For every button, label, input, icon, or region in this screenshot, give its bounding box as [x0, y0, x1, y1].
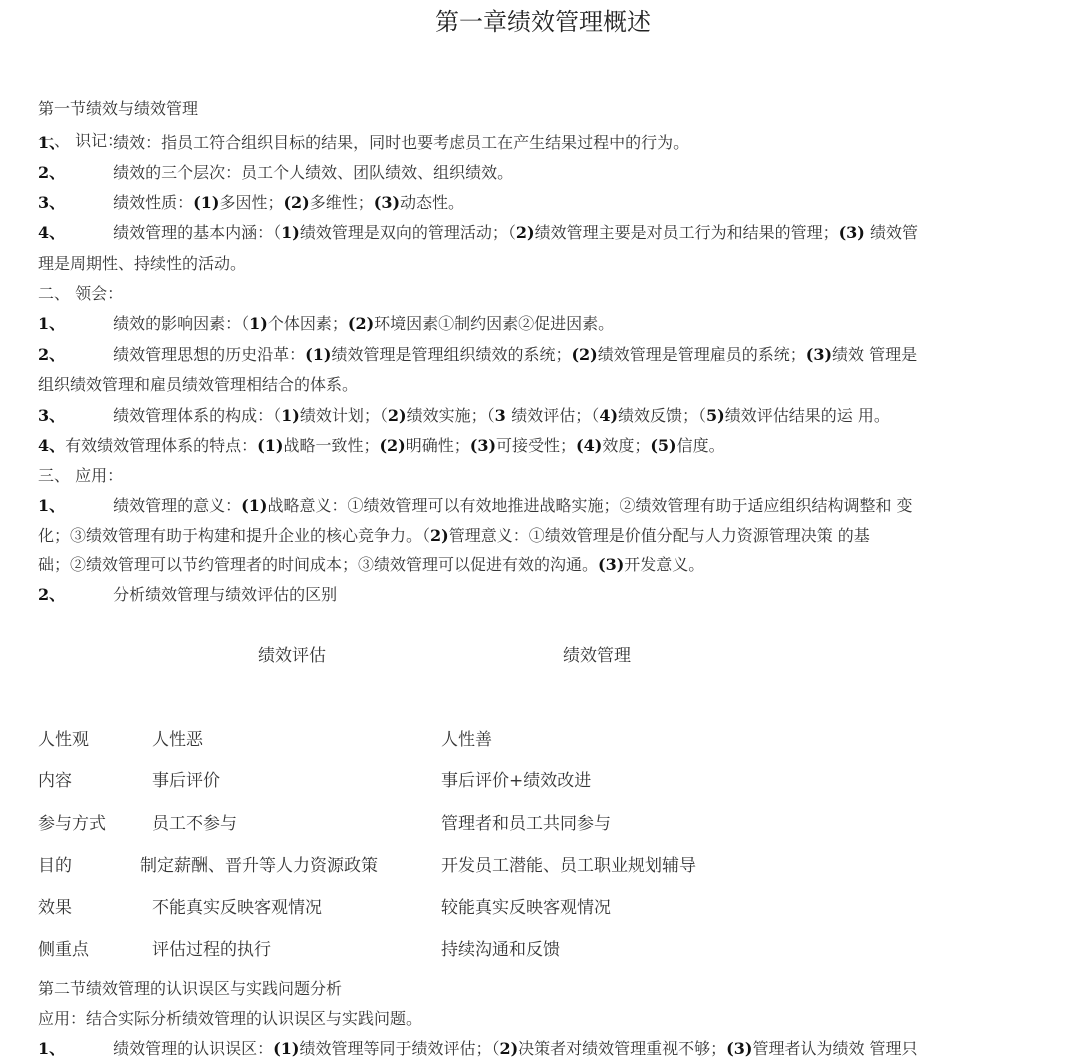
- part-heading-comprehend: 二、 领会：: [38, 281, 123, 304]
- row-label: 内容: [38, 766, 72, 791]
- item-marker: (1): [193, 193, 219, 212]
- item-marker: (1): [257, 436, 283, 455]
- item-text: 绩效管理是管理组织绩效的系统；: [331, 345, 571, 364]
- chapter-title: 第一章绩效管理概述: [0, 2, 1086, 37]
- row-label: 参与方式: [38, 809, 106, 834]
- item-text: 有效绩效管理体系的特点：: [65, 436, 257, 455]
- item-text: 绩效管: [865, 223, 918, 242]
- item-marker: 1): [281, 223, 300, 242]
- item-text: 战略一致性；: [283, 436, 379, 455]
- item-text: 绩效管理是管理雇员的系统；: [598, 345, 806, 364]
- item-marker: 4): [599, 406, 618, 425]
- item-text: 环境因素①制约因素②促进因素。: [374, 314, 614, 333]
- item-text: 绩效的影响因素：（: [113, 314, 249, 333]
- item-marker: 2): [430, 526, 449, 545]
- item-marker: (1): [273, 1039, 299, 1058]
- item-text: 信度。: [677, 436, 725, 455]
- table-header-evaluation: 绩效评估: [258, 641, 326, 666]
- list-item-comprehend-2: 2、绩效管理思想的历史沿革：(1)绩效管理是管理组织绩效的系统；(2)绩效管理是…: [38, 342, 917, 365]
- item-marker: (1): [305, 345, 331, 364]
- item-text: 多因性；: [219, 193, 283, 212]
- item-text: 开发意义。: [624, 555, 704, 574]
- item-marker: 1): [281, 406, 300, 425]
- list-item-comprehend-3: 3、绩效管理体系的构成：（1)绩效计划；（2)绩效实施；（3 绩效评估；（4)绩…: [38, 403, 890, 426]
- item-text: 绩效 管理是: [832, 345, 917, 364]
- item-number: 2、: [38, 342, 65, 365]
- management-cell: 管理者和员工共同参与: [441, 809, 611, 834]
- item-marker: (2): [571, 345, 597, 364]
- item-text: 绩效管理的意义：: [113, 496, 241, 515]
- item-text: 绩效：指员工符合组织目标的结果，同时也要考虑员工在产生结果过程中的行为。: [113, 133, 689, 152]
- item-text: 绩效管理体系的构成：（: [113, 406, 281, 425]
- item-text: 效度；: [602, 436, 650, 455]
- evaluation-cell: 制定薪酬、晋升等人力资源政策: [140, 851, 378, 876]
- list-item-apply-2: 2、分析绩效管理与绩效评估的区别: [38, 582, 337, 605]
- item-text: 明确性；: [406, 436, 470, 455]
- item-text: 绩效管理的认识误区：: [113, 1039, 273, 1058]
- section-heading: 第一节绩效与绩效管理: [38, 96, 198, 119]
- item-text: 绩效实施；（: [407, 406, 495, 425]
- application-note: 应用：结合实际分析绩效管理的认识误区与实践问题。: [38, 1006, 422, 1029]
- item-marker: 2): [499, 1039, 518, 1058]
- row-label: 人性观: [38, 725, 89, 750]
- item-text: 础；②绩效管理可以节约管理者的时间成本；③绩效管理可以促进有效的沟通。: [38, 555, 598, 574]
- item-number: 2、: [38, 582, 65, 605]
- item-marker: (2): [283, 193, 309, 212]
- item-text: 战略意义：①绩效管理可以有效地推进战略实施；②绩效管理有助于适应组织结构调整和 …: [267, 496, 912, 515]
- item-text: 多维性；: [310, 193, 374, 212]
- item-text: 绩效性质：: [113, 193, 193, 212]
- item-marker: (2): [348, 314, 374, 333]
- item-text: 绩效管理等同于绩效评估；（: [299, 1039, 499, 1058]
- item-text: 绩效的三个层次：员工个人绩效、团队绩效、组织绩效。: [113, 163, 513, 182]
- section-heading-2: 第二节绩效管理的认识误区与实践问题分析: [38, 976, 342, 999]
- row-label: 目的: [38, 851, 72, 876]
- list-item-apply-1-cont2: 础；②绩效管理可以节约管理者的时间成本；③绩效管理可以促进有效的沟通。(3)开发…: [38, 552, 704, 575]
- item-marker: (3): [726, 1039, 752, 1058]
- item-marker: 1): [249, 314, 268, 333]
- item-text: 决策者对绩效管理重视不够；: [518, 1039, 726, 1058]
- list-item-memorize-4: 4、绩效管理的基本内涵：（1)绩效管理是双向的管理活动；（2)绩效管理主要是对员…: [38, 220, 918, 243]
- item-number: 1、: [38, 493, 65, 516]
- item-text: 管理者认为绩效 管理只: [752, 1039, 917, 1058]
- row-label: 侧重点: [38, 935, 89, 960]
- item-text: 绩效管理的基本内涵：（: [113, 223, 281, 242]
- item-text: 绩效评估；（: [511, 406, 599, 425]
- item-number: 1、: [38, 311, 65, 334]
- item-marker: 2): [516, 223, 535, 242]
- list-item-apply-1-cont: 化；③绩效管理有助于构建和提升企业的核心竞争力。（2)管理意义：①绩效管理是价值…: [38, 523, 870, 546]
- item-text: 分析绩效管理与绩效评估的区别: [113, 585, 337, 604]
- list-item-comprehend-2-cont: 组织绩效管理和雇员绩效管理相结合的体系。: [38, 372, 358, 395]
- item-marker: (4): [576, 436, 602, 455]
- item-marker: (2): [379, 436, 405, 455]
- item-text: 可接受性；: [496, 436, 576, 455]
- item-marker: 3: [495, 406, 512, 425]
- evaluation-cell: 不能真实反映客观情况: [152, 893, 322, 918]
- item-text: 个体因素；: [268, 314, 348, 333]
- item-number: 4、: [38, 220, 65, 243]
- item-text: 绩效计划；（: [300, 406, 388, 425]
- management-cell: 人性善: [441, 725, 492, 750]
- list-item-memorize-4-cont: 理是周期性、持续性的活动。: [38, 251, 246, 274]
- item-text: 化；③绩效管理有助于构建和提升企业的核心竞争力。（: [38, 526, 430, 545]
- row-label: 效果: [38, 893, 72, 918]
- item-text: 绩效管理主要是对员工行为和结果的管理；: [535, 223, 839, 242]
- item-marker: (5): [650, 436, 676, 455]
- item-number: 4、: [38, 433, 65, 456]
- item-marker: (3): [374, 193, 400, 212]
- item-marker: (1): [241, 496, 267, 515]
- list-item-apply-1: 1、绩效管理的意义：(1)战略意义：①绩效管理可以有效地推进战略实施；②绩效管理…: [38, 493, 913, 516]
- item-number: 3、: [38, 403, 65, 426]
- item-marker: 2): [388, 406, 407, 425]
- item-number: 1、: [38, 1036, 65, 1059]
- list-item-memorize-2: 2、绩效的三个层次：员工个人绩效、团队绩效、组织绩效。: [38, 160, 513, 183]
- list-item-comprehend-4: 4、有效绩效管理体系的特点：(1)战略一致性；(2)明确性；(3)可接受性；(4…: [38, 433, 725, 456]
- item-number: 2、: [38, 160, 65, 183]
- evaluation-cell: 人性恶: [152, 725, 203, 750]
- item-text: 绩效管理思想的历史沿革：: [113, 345, 305, 364]
- item-marker: (3): [470, 436, 496, 455]
- part-heading-apply: 三、 应用：: [38, 463, 123, 486]
- item-marker: (3): [598, 555, 624, 574]
- list-item-misconception-1: 1、绩效管理的认识误区：(1)绩效管理等同于绩效评估；（2)决策者对绩效管理重视…: [38, 1036, 918, 1059]
- item-marker: (3): [806, 345, 832, 364]
- evaluation-cell: 评估过程的执行: [152, 935, 271, 960]
- item-marker: (3): [839, 223, 865, 242]
- evaluation-cell: 事后评价: [152, 766, 220, 791]
- item-text: 绩效评估结果的运 用。: [725, 406, 890, 425]
- item-marker: 5): [706, 406, 725, 425]
- list-item-memorize-1: 1、绩效：指员工符合组织目标的结果，同时也要考虑员工在产生结果过程中的行为。: [38, 130, 689, 153]
- management-cell: 开发员工潜能、员工职业规划辅导: [441, 851, 696, 876]
- evaluation-cell: 员工不参与: [152, 809, 237, 834]
- item-number: 1、: [38, 130, 65, 153]
- item-number: 3、: [38, 190, 65, 213]
- management-cell: 较能真实反映客观情况: [441, 893, 611, 918]
- table-header-management: 绩效管理: [563, 641, 631, 666]
- item-text: 管理意义：①绩效管理是价值分配与人力资源管理决策 的基: [449, 526, 870, 545]
- management-cell: 事后评价+绩效改进: [441, 766, 591, 791]
- list-item-memorize-3: 3、绩效性质：(1)多因性；(2)多维性；(3)动态性。: [38, 190, 464, 213]
- item-text: 绩效管理是双向的管理活动；（: [300, 223, 516, 242]
- list-item-comprehend-1: 1、绩效的影响因素：（1)个体因素；(2)环境因素①制约因素②促进因素。: [38, 311, 614, 334]
- management-cell: 持续沟通和反馈: [441, 935, 560, 960]
- item-text: 绩效反馈；（: [618, 406, 706, 425]
- item-text: 动态性。: [400, 193, 464, 212]
